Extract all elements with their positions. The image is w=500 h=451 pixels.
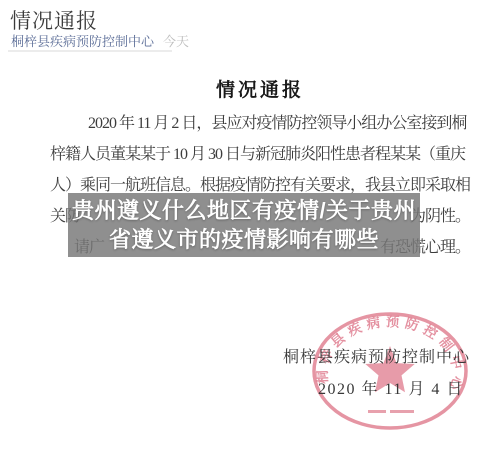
document-title: 情况通报: [50, 75, 470, 102]
seal-serial-marks: [368, 410, 414, 413]
article-page: 情况通报 桐梓县疾病预防控制中心今天 情况通报 2020 年 11 月 2 日，…: [0, 0, 500, 451]
header-divider: [8, 50, 172, 52]
watermark-banner: 贵州遵义什么地区有疫情/关于贵州 省遵义市的疫情影响有哪些: [68, 193, 420, 257]
watermark-line-2: 省遵义市的疫情影响有哪些: [109, 225, 379, 254]
signature-date: 2020 年 11 月 4 日: [318, 376, 464, 399]
document-line: 梓籍人员董某某于 10 月 30 日与新冠肺炎阳性患者程某某（重庆: [50, 139, 470, 170]
watermark-line-1: 贵州遵义什么地区有疫情/关于贵州: [72, 196, 416, 225]
signature-org: 桐梓县疾病预防控制中心: [283, 344, 470, 367]
post-timestamp: 今天: [163, 34, 189, 49]
account-name-link[interactable]: 桐梓县疾病预防控制中心: [11, 34, 154, 49]
document-line: 2020 年 11 月 2 日，县应对疫情防控领导小组办公室接到桐: [50, 108, 470, 139]
byline: 桐梓县疾病预防控制中心今天: [11, 31, 189, 50]
official-seal-stamp: 桐梓县疾病预防控制中心: [302, 306, 478, 438]
